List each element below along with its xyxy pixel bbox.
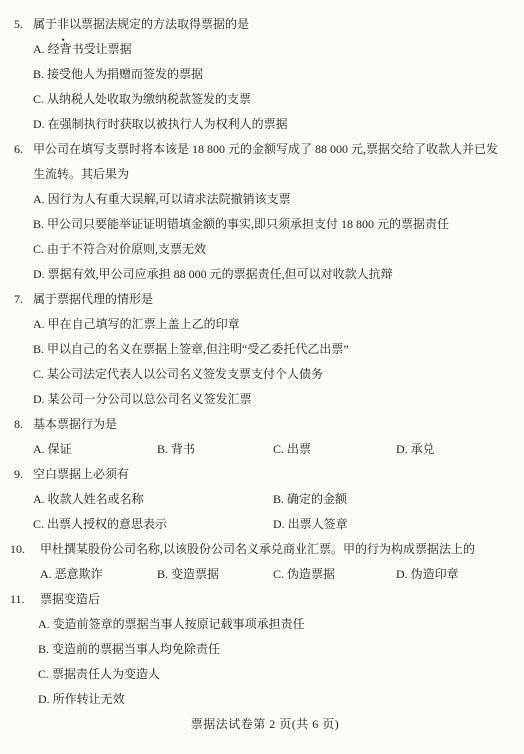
question-number: 5. <box>14 12 33 37</box>
stem-text: 属于 <box>33 17 57 31</box>
stem-text: 以票据法规定的方法取得票据的是 <box>69 17 249 31</box>
question-number: 11. <box>10 587 40 612</box>
option-a: A. 因行为人有重大误解,可以请求法院撤销该支票 <box>14 187 516 212</box>
option-d: D. 承兑 <box>396 437 516 462</box>
question-5-stem: 5.属于非以票据法规定的方法取得票据的是 <box>14 12 516 37</box>
option-d: D. 出票人签章 <box>273 512 516 537</box>
option-c: C. 出票人授权的意思表示 <box>33 512 273 537</box>
question-11: 11.票据变造后 A. 变造前签章的票据当事人按原记载事项承担责任 B. 变造前… <box>14 587 516 712</box>
question-9-options-row-1: A. 收款人姓名或名称 B. 确定的金额 <box>14 487 516 512</box>
question-8-options-row: A. 保证 B. 背书 C. 出票 D. 承兑 <box>14 437 516 462</box>
question-number: 9. <box>14 462 33 487</box>
stem-text: 甲公司在填写支票时将本该是 18 800 元的金额写成了 88 000 元,票据… <box>33 142 498 156</box>
question-6-stem: 6.甲公司在填写支票时将本该是 18 800 元的金额写成了 88 000 元,… <box>14 137 516 162</box>
option-c: C. 出票 <box>273 437 396 462</box>
option-c: C. 从纳税人处收取为缴纳税款签发的支票 <box>14 87 516 112</box>
question-8: 8.基本票据行为是 A. 保证 B. 背书 C. 出票 D. 承兑 <box>14 412 516 462</box>
option-d: D. 所作转让无效 <box>14 687 516 712</box>
option-a: A. 收款人姓名或名称 <box>33 487 273 512</box>
question-number: 7. <box>14 287 33 312</box>
option-b: B. 甲以自己的名义在票据上签章,但注明“受乙委托代乙出票” <box>14 337 516 362</box>
option-c: C. 某公司法定代表人以公司名义签发支票支付个人债务 <box>14 362 516 387</box>
question-6: 6.甲公司在填写支票时将本该是 18 800 元的金额写成了 88 000 元,… <box>14 137 516 287</box>
question-9-options-row-2: C. 出票人授权的意思表示 D. 出票人签章 <box>14 512 516 537</box>
stem-emphasized-char: 非 <box>57 17 69 31</box>
option-c: C. 票据责任人为变造人 <box>14 662 516 687</box>
option-a: A. 甲在自己填写的汇票上盖上乙的印章 <box>14 312 516 337</box>
option-b: B. 背书 <box>157 437 273 462</box>
option-b: B. 接受他人为捐赠而签发的票据 <box>14 62 516 87</box>
option-c: C. 伪造票据 <box>273 562 396 587</box>
stem-text: 甲杜撰某股份公司名称,以该股份公司名义承兑商业汇票。甲的行为构成票据法上的 <box>40 542 475 556</box>
question-9-stem: 9.空白票据上必须有 <box>14 462 516 487</box>
question-11-stem: 11.票据变造后 <box>10 587 516 612</box>
option-b: B. 变造票据 <box>157 562 273 587</box>
option-b: B. 变造前的票据当事人均免除责任 <box>14 637 516 662</box>
option-d: D. 某公司一分公司以总公司名义签发汇票 <box>14 387 516 412</box>
question-9: 9.空白票据上必须有 A. 收款人姓名或名称 B. 确定的金额 C. 出票人授权… <box>14 462 516 537</box>
stem-text: 空白票据上必须有 <box>33 467 129 481</box>
option-a: A. 变造前签章的票据当事人按原记载事项承担责任 <box>14 612 516 637</box>
page-footer: 票据法试卷第 2 页(共 6 页) <box>14 712 516 737</box>
question-7-stem: 7.属于票据代理的情形是 <box>14 287 516 312</box>
option-b: B. 甲公司只要能举证证明错填金额的事实,即只须承担支付 18 800 元的票据… <box>14 212 516 237</box>
option-b: B. 确定的金额 <box>273 487 516 512</box>
question-10-stem: 10.甲杜撰某股份公司名称,以该股份公司名义承兑商业汇票。甲的行为构成票据法上的 <box>10 537 516 562</box>
question-5: 5.属于非以票据法规定的方法取得票据的是 A. 经背书受让票据 B. 接受他人为… <box>14 12 516 137</box>
option-d: D. 伪造印章 <box>396 562 516 587</box>
stem-text: 基本票据行为是 <box>33 417 117 431</box>
option-d: D. 票据有效,甲公司应承担 88 000 元的票据责任,但可以对收款人抗辩 <box>14 262 516 287</box>
question-8-stem: 8.基本票据行为是 <box>14 412 516 437</box>
option-a: A. 保证 <box>33 437 157 462</box>
question-7: 7.属于票据代理的情形是 A. 甲在自己填写的汇票上盖上乙的印章 B. 甲以自己… <box>14 287 516 412</box>
option-c: C. 由于不符合对价原则,支票无效 <box>14 237 516 262</box>
question-10: 10.甲杜撰某股份公司名称,以该股份公司名义承兑商业汇票。甲的行为构成票据法上的… <box>14 537 516 587</box>
option-a: A. 经背书受让票据 <box>14 37 516 62</box>
exam-page: 5.属于非以票据法规定的方法取得票据的是 A. 经背书受让票据 B. 接受他人为… <box>0 0 524 754</box>
option-d: D. 在强制执行时获取以被执行人为权利人的票据 <box>14 112 516 137</box>
question-number: 6. <box>14 137 33 162</box>
question-number: 8. <box>14 412 33 437</box>
question-number: 10. <box>10 537 40 562</box>
option-a: A. 恶意欺诈 <box>40 562 157 587</box>
question-6-stem-continuation: 生流转。其后果为 <box>14 162 516 187</box>
stem-text: 属于票据代理的情形是 <box>33 292 153 306</box>
question-10-options-row: A. 恶意欺诈 B. 变造票据 C. 伪造票据 D. 伪造印章 <box>14 562 516 587</box>
stem-text: 票据变造后 <box>40 592 100 606</box>
